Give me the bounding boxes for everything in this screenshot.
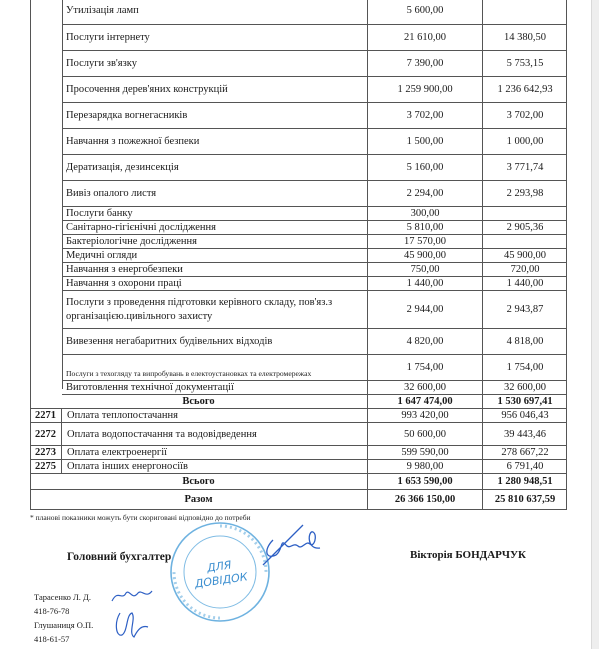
planned-amount: 5 600,00	[367, 0, 482, 24]
kekv-code: 2272	[30, 423, 62, 445]
planned-amount: 300,00	[367, 207, 482, 220]
table-row: Навчання з охорони праці1 440,001 440,00	[62, 277, 567, 291]
actual-amount: 3 702,00	[482, 103, 567, 128]
utility-row: 2273Оплата електроенергії599 590,00278 6…	[30, 446, 567, 460]
planned-amount: 993 420,00	[367, 409, 482, 422]
service-name: Дератизація, дезинсекція	[66, 155, 367, 180]
table-row: Навчання з пожежної безпеки1 500,001 000…	[62, 129, 567, 155]
actual-amount: 1 440,00	[482, 277, 567, 290]
actual-amount: 1 754,00	[482, 355, 567, 380]
table-row: Вивезення негабаритних будівельних відхо…	[62, 329, 567, 355]
actual-amount: 2 943,87	[482, 291, 567, 328]
utility-row: 2271Оплата теплопостачання993 420,00956 …	[30, 409, 567, 423]
actual-amount: 45 900,00	[482, 249, 567, 262]
actual-amount: 1 236 642,93	[482, 77, 567, 102]
planned-amount: 2 294,00	[367, 181, 482, 206]
subtotal-planned: 1 647 474,00	[367, 395, 482, 408]
service-name: Послуги зв'язку	[66, 51, 367, 76]
utility-name: Оплата електроенергії	[67, 446, 367, 459]
grand-total-label: Разом	[30, 490, 367, 509]
contact-phone-1: 418-76-78	[34, 606, 69, 616]
table-row: Вивіз опалого листя2 294,002 293,98	[62, 181, 567, 207]
contact-name-1: Тарасенко Л. Д.	[34, 592, 91, 602]
actual-amount: 3 771,74	[482, 155, 567, 180]
actual-amount: 278 667,22	[482, 446, 567, 459]
signature-executor-icon	[108, 585, 156, 643]
subtotal-services-row: Всього1 647 474,001 530 697,41	[30, 395, 567, 409]
contact-name-2: Глушаниця О.П.	[34, 620, 93, 630]
planned-amount: 4 820,00	[367, 329, 482, 354]
grand-total-row: Разом26 366 150,0025 810 637,59	[30, 490, 567, 510]
signature-chief-icon	[258, 520, 328, 570]
table-row: Послуги з проведення підготовки керівног…	[62, 291, 567, 329]
actual-amount: 6 791,40	[482, 460, 567, 473]
planned-amount: 9 980,00	[367, 460, 482, 473]
planned-amount: 21 610,00	[367, 25, 482, 50]
table-row: Перезарядка вогнегасників3 702,003 702,0…	[62, 103, 567, 129]
utility-name: Оплата інших енергоносіїв	[67, 460, 367, 473]
subtotal-planned: 1 653 590,00	[367, 474, 482, 489]
service-name: Виготовлення технічної документації	[66, 381, 367, 394]
service-name: Навчання з пожежної безпеки	[66, 129, 367, 154]
service-name: Навчання з охорони праці	[66, 277, 367, 290]
service-name: Послуги інтернету	[66, 25, 367, 50]
grand-total-planned: 26 366 150,00	[367, 490, 482, 509]
planned-amount: 750,00	[367, 263, 482, 276]
svg-text:ДОВІДОК: ДОВІДОК	[193, 570, 250, 591]
table-row: Утилізація ламп5 600,00	[62, 0, 567, 25]
table-row: Санітарно-гігієнічні дослідження5 810,00…	[62, 221, 567, 235]
grand-total-actual: 25 810 637,59	[482, 490, 567, 509]
service-name: Перезарядка вогнегасників	[66, 103, 367, 128]
table-row: Бактеріологічне дослідження17 570,00	[62, 235, 567, 249]
service-name: Просочення дерев'яних конструкцій	[66, 77, 367, 102]
utility-row: 2275Оплата інших енергоносіїв9 980,006 7…	[30, 460, 567, 474]
actual-amount	[482, 0, 567, 24]
actual-amount: 956 046,43	[482, 409, 567, 422]
chief-accountant-label: Головний бухгалтер	[67, 551, 171, 563]
chief-accountant-name: Вікторія БОНДАРЧУК	[410, 549, 526, 561]
kekv-code: 2271	[30, 409, 62, 422]
planned-amount: 45 900,00	[367, 249, 482, 262]
table-row: Медичні огляди45 900,0045 900,00	[62, 249, 567, 263]
actual-amount: 2 905,36	[482, 221, 567, 234]
planned-amount: 50 600,00	[367, 423, 482, 445]
actual-amount: 4 818,00	[482, 329, 567, 354]
planned-amount: 7 390,00	[367, 51, 482, 76]
utility-name: Оплата теплопостачання	[67, 409, 367, 422]
actual-amount: 5 753,15	[482, 51, 567, 76]
table-row: Послуги з техогляду та випробувань в еле…	[62, 355, 567, 381]
planned-amount: 5 160,00	[367, 155, 482, 180]
planned-amount: 1 259 900,00	[367, 77, 482, 102]
actual-amount	[482, 207, 567, 220]
subtotal-actual: 1 280 948,51	[482, 474, 567, 489]
actual-amount: 32 600,00	[482, 381, 567, 394]
actual-amount	[482, 235, 567, 248]
actual-amount: 14 380,50	[482, 25, 567, 50]
service-name: Послуги банку	[66, 207, 367, 220]
utility-row: 2272Оплата водопостачання та водовідведе…	[30, 423, 567, 446]
subtotal-actual: 1 530 697,41	[482, 395, 567, 408]
table-row: Дератизація, дезинсекція5 160,003 771,74	[62, 155, 567, 181]
subtotal-label: Всього	[30, 474, 367, 489]
service-name: Навчання з енергобезпеки	[66, 263, 367, 276]
utility-name: Оплата водопостачання та водовідведення	[67, 423, 367, 445]
planned-amount: 32 600,00	[367, 381, 482, 394]
planned-amount: 1 500,00	[367, 129, 482, 154]
service-name: Утилізація ламп	[66, 0, 367, 24]
planned-amount: 1 754,00	[367, 355, 482, 380]
planned-amount: 599 590,00	[367, 446, 482, 459]
service-name: Послуги з техогляду та випробувань в еле…	[66, 355, 367, 380]
table-row: Послуги банку300,00	[62, 207, 567, 221]
page-edge	[591, 0, 599, 649]
table-row: Просочення дерев'яних конструкцій1 259 9…	[62, 77, 567, 103]
planned-amount: 5 810,00	[367, 221, 482, 234]
contact-phone-2: 418-61-57	[34, 634, 69, 644]
planned-amount: 3 702,00	[367, 103, 482, 128]
service-name: Бактеріологічне дослідження	[66, 235, 367, 248]
kekv-code: 2273	[30, 446, 62, 459]
actual-amount: 720,00	[482, 263, 567, 276]
service-name: Санітарно-гігієнічні дослідження	[66, 221, 367, 234]
service-name: Медичні огляди	[66, 249, 367, 262]
table-row: Послуги інтернету21 610,0014 380,50	[62, 25, 567, 51]
subtotal-utilities-row: Всього1 653 590,001 280 948,51	[30, 474, 567, 490]
table-row: Навчання з енергобезпеки750,00720,00	[62, 263, 567, 277]
actual-amount: 1 000,00	[482, 129, 567, 154]
service-name: Послуги з проведення підготовки керівног…	[66, 291, 367, 328]
actual-amount: 2 293,98	[482, 181, 567, 206]
actual-amount: 39 443,46	[482, 423, 567, 445]
service-name: Вивіз опалого листя	[66, 181, 367, 206]
table-row: Послуги зв'язку7 390,005 753,15	[62, 51, 567, 77]
subtotal-label: Всього	[30, 395, 367, 408]
service-name: Вивезення негабаритних будівельних відхо…	[66, 329, 367, 354]
table-row: Виготовлення технічної документації32 60…	[62, 381, 567, 395]
planned-amount: 17 570,00	[367, 235, 482, 248]
kekv-code: 2275	[30, 460, 62, 473]
planned-amount: 1 440,00	[367, 277, 482, 290]
planned-amount: 2 944,00	[367, 291, 482, 328]
